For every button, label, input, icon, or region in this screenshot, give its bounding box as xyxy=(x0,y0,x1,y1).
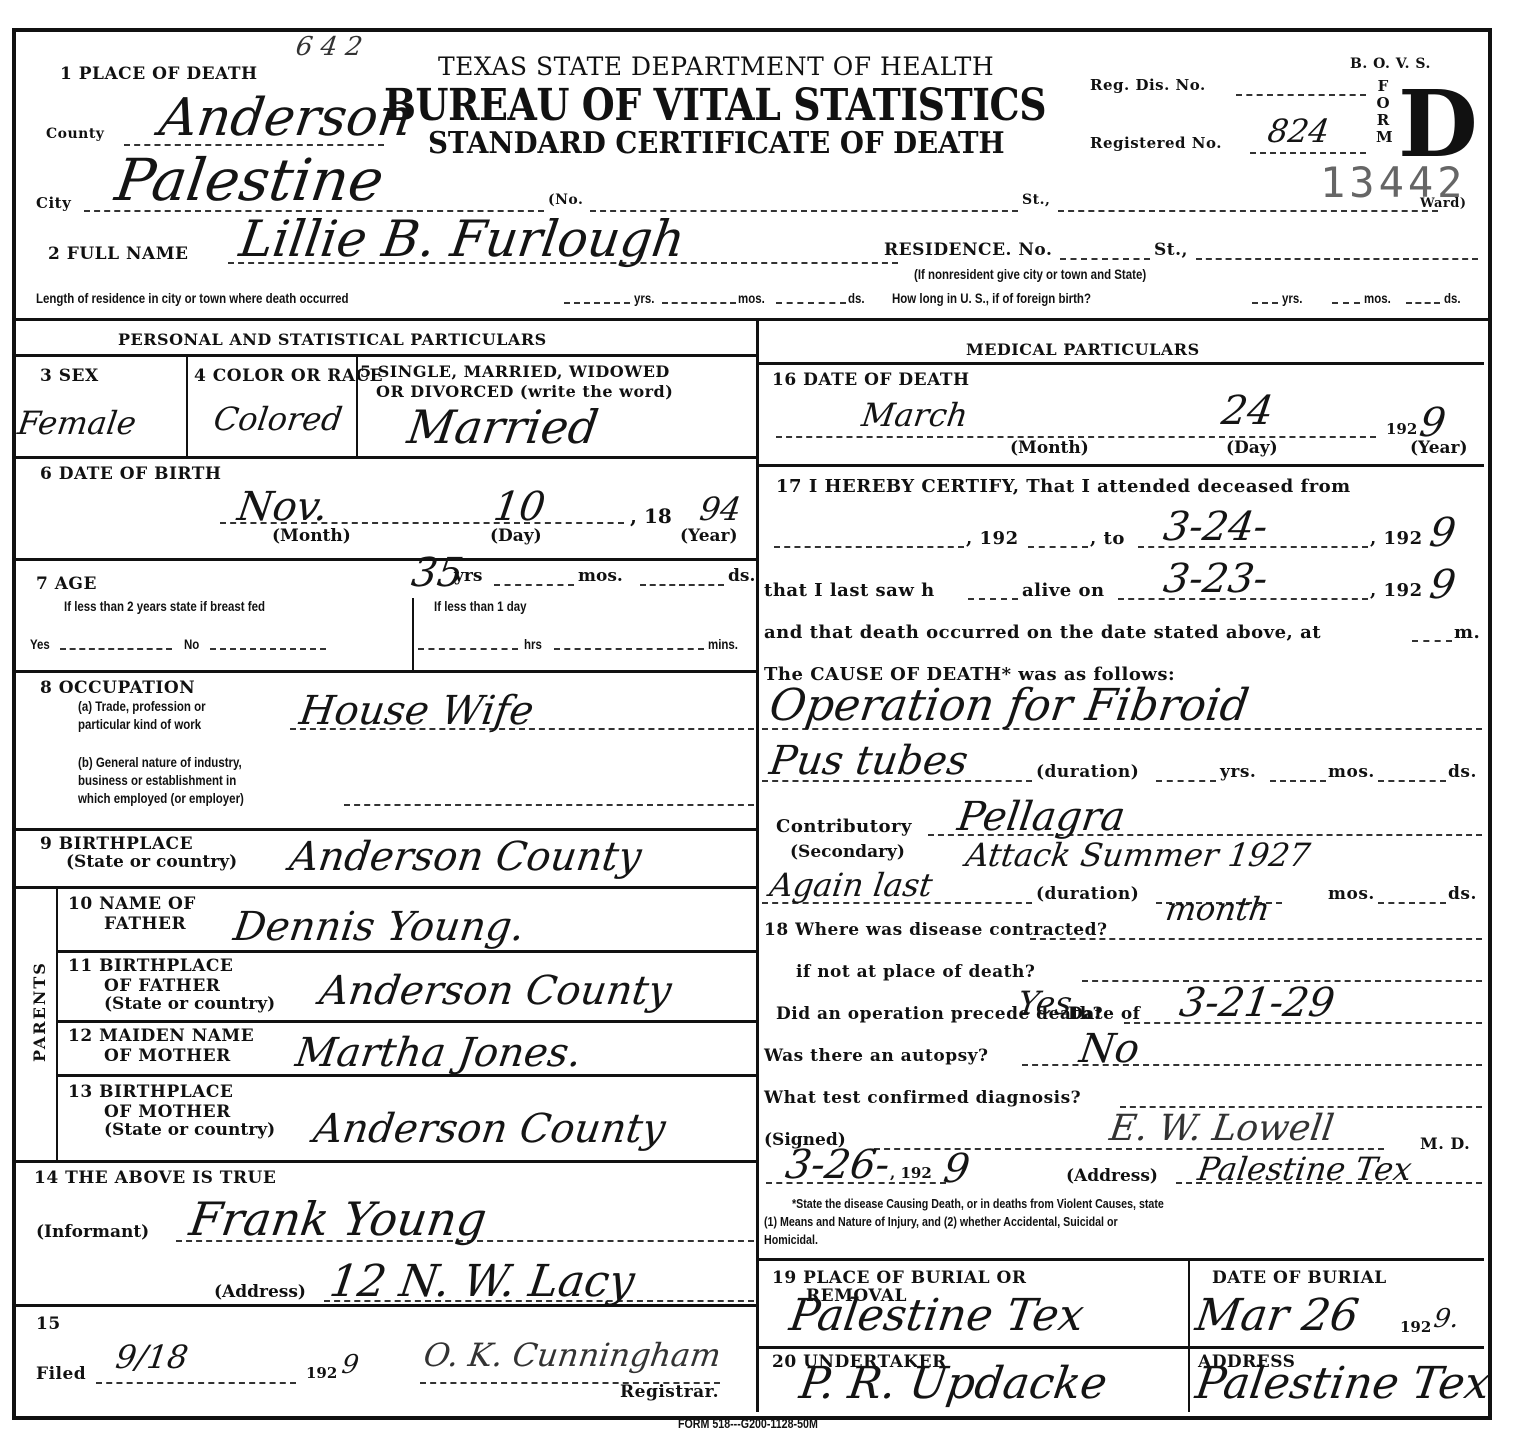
ward-field[interactable] xyxy=(1058,210,1438,212)
mother-birthplace-label-3: (State or country) xyxy=(104,1120,275,1140)
form-code: FORM 518---G200-1128-50M xyxy=(678,1416,818,1431)
month-caption: (Month) xyxy=(272,526,351,546)
sex-label: 3 SEX xyxy=(40,366,99,386)
us-mos-label: mos. xyxy=(1364,290,1391,306)
reg-dis-field[interactable] xyxy=(1236,94,1366,96)
us-ds-label: ds. xyxy=(1444,290,1461,306)
physician-signature: E. W. Lowell xyxy=(1107,1108,1336,1149)
residence-yrs-field[interactable] xyxy=(564,302,630,304)
divider xyxy=(758,362,1484,365)
cause-duration-ds-field[interactable] xyxy=(1378,780,1446,782)
cause-yrs-label: yrs. xyxy=(1220,762,1256,782)
occupation-a-label-2: particular kind of work xyxy=(78,716,201,732)
dob-year-value: 94 xyxy=(697,490,743,528)
registrar-label: Registrar. xyxy=(620,1382,719,1402)
breast-fed-note: If less than 2 years state if breast fed xyxy=(64,598,265,614)
informant-value: Frank Young xyxy=(186,1192,490,1246)
cause-ds-label: ds. xyxy=(1448,762,1477,782)
place-of-death-label: 1 PLACE OF DEATH xyxy=(60,64,258,84)
undertaker-value: P. R. Updacke xyxy=(796,1358,1110,1409)
divider xyxy=(58,950,756,953)
operation-date-value: 3-21-29 xyxy=(1177,980,1338,1026)
divider xyxy=(758,1258,1484,1261)
residence-mos-label: mos. xyxy=(738,290,765,306)
hours-label: hrs xyxy=(524,636,542,652)
date-of-birth-label: 6 DATE OF BIRTH xyxy=(40,464,221,484)
informant-address-value: 12 N. W. Lacy xyxy=(326,1256,637,1307)
date-of-death-label: 16 DATE OF DEATH xyxy=(772,370,970,390)
father-birthplace-label-3: (State or country) xyxy=(104,994,275,1014)
md-label: M. D. xyxy=(1420,1134,1470,1153)
operation-date-label: Date of xyxy=(1068,1004,1141,1024)
bureau-title: BUREAU OF VITAL STATISTICS xyxy=(384,80,1046,131)
divider xyxy=(16,886,756,889)
marital-status-label-2: OR DIVORCED (write the word) xyxy=(376,382,673,401)
us-yrs-label: yrs. xyxy=(1282,290,1302,306)
county-label: County xyxy=(46,126,104,142)
dob-year-prefix: 18 xyxy=(644,504,672,528)
industry-field[interactable] xyxy=(344,804,754,806)
divider xyxy=(1188,1260,1190,1412)
breast-fed-no-field[interactable] xyxy=(210,648,326,650)
department-title: TEXAS STATE DEPARTMENT OF HEALTH xyxy=(438,52,994,81)
age-ds-label: ds. xyxy=(728,566,755,586)
personal-section-title: PERSONAL AND STATISTICAL PARTICULARS xyxy=(118,330,547,349)
certificate-title: STANDARD CERTIFICATE OF DEATH xyxy=(428,126,1005,161)
age-mos-label: mos. xyxy=(578,566,623,586)
medical-section-title: MEDICAL PARTICULARS xyxy=(966,340,1200,359)
secondary-mos-label: mos. xyxy=(1328,884,1375,904)
occupation-b-label-1: (b) General nature of industry, xyxy=(78,754,242,770)
above-true-label: 14 THE ABOVE IS TRUE xyxy=(34,1168,276,1188)
residence-label: RESIDENCE. No. xyxy=(884,240,1052,260)
breast-fed-no-label: No xyxy=(184,636,199,652)
residence-ds-label: ds. xyxy=(848,290,865,306)
divider xyxy=(16,1304,756,1307)
birthplace-value: Anderson County xyxy=(287,834,644,880)
cause-line-2-value: Pus tubes xyxy=(767,738,971,784)
where-contracted-field[interactable] xyxy=(1030,938,1482,940)
header-divider xyxy=(16,318,1488,321)
registrar-signature: O. K. Cunningham xyxy=(421,1336,723,1374)
color-race-value: Colored xyxy=(211,400,344,438)
test-question: What test confirmed diagnosis? xyxy=(764,1088,1081,1108)
father-name-value: Dennis Young. xyxy=(231,904,528,950)
minutes-label: mins. xyxy=(708,636,738,652)
dob-month-value: Nov. xyxy=(235,484,331,530)
burial-place-label-1: 19 PLACE OF BURIAL OR xyxy=(772,1268,1026,1288)
age-mos-field[interactable] xyxy=(494,584,574,586)
signed-year-prefix: , 192 xyxy=(890,1164,932,1182)
autopsy-value: No xyxy=(1077,1026,1143,1072)
attended-to-value: 3-24- xyxy=(1161,504,1271,550)
death-month-value: March xyxy=(859,396,970,434)
burial-place-value: Palestine Tex xyxy=(786,1290,1087,1341)
dob-day-value: 10 xyxy=(491,484,548,530)
divider xyxy=(186,356,188,456)
marital-status-label-1: 5 SINGLE, MARRIED, WIDOWED xyxy=(360,362,670,381)
footnote-line-2: (1) Means and Nature of Injury, and (2) … xyxy=(764,1214,1118,1229)
year-caption: (Year) xyxy=(680,526,738,546)
residence-yrs-label: yrs. xyxy=(634,290,654,306)
filed-label: Filed xyxy=(36,1364,86,1384)
color-race-label: 4 COLOR OR RACE xyxy=(194,366,383,386)
divider xyxy=(16,828,756,831)
cause-duration-label: (duration) xyxy=(1036,762,1139,782)
occupation-b-label-2: business or establishment in xyxy=(78,772,236,788)
informant-address-label: (Address) xyxy=(214,1282,306,1302)
father-birthplace-value: Anderson County xyxy=(317,968,674,1014)
where-contracted-label: 18 Where was disease contracted? xyxy=(764,920,1107,940)
how-long-us-label: How long in U. S., if of foreign birth? xyxy=(892,290,1091,306)
death-month-caption: (Month) xyxy=(1010,438,1089,458)
annotation-number: 6 4 2 xyxy=(294,32,364,62)
secondary-value-1: Attack Summer 1927 xyxy=(963,836,1312,874)
column-divider xyxy=(756,320,759,1412)
secondary-duration-value: month xyxy=(1163,890,1272,928)
death-time-field[interactable] xyxy=(1412,640,1452,642)
divider xyxy=(758,464,1484,467)
nonresident-note: (If nonresident give city or town and St… xyxy=(914,266,1146,282)
signed-date-value: 3-26- xyxy=(783,1142,893,1188)
cause-mos-label: mos. xyxy=(1328,762,1375,782)
operation-value: Yes xyxy=(1015,984,1074,1022)
registered-value: 824 xyxy=(1265,112,1331,150)
burial-year-prefix: 192 xyxy=(1400,1318,1431,1336)
residence-st-label: St., xyxy=(1154,240,1188,260)
parents-label: PARENTS xyxy=(30,961,49,1062)
hours-field[interactable] xyxy=(418,648,518,650)
age-yrs-label: yrs xyxy=(454,566,482,586)
occupation-b-label-3: which employed (or employer) xyxy=(78,790,244,806)
signer-address-label: (Address) xyxy=(1066,1166,1158,1186)
contributory-value: Pellagra xyxy=(955,794,1128,840)
residence-st-field[interactable] xyxy=(1196,258,1478,260)
ward-label: Ward) xyxy=(1420,196,1466,211)
birthplace-sub-label: (State or country) xyxy=(66,852,237,872)
attended-from-year-field[interactable] xyxy=(1028,546,1088,548)
reg-dis-label: Reg. Dis. No. xyxy=(1090,76,1206,94)
sex-value: Female xyxy=(15,404,138,442)
form-letter-o: O xyxy=(1376,95,1390,112)
length-of-residence-label: Length of residence in city or town wher… xyxy=(36,290,349,306)
certify-statement: 17 I HEREBY CERTIFY, That I attended dec… xyxy=(776,476,1351,497)
death-day-caption: (Day) xyxy=(1226,438,1278,458)
burial-year-value: 9. xyxy=(1432,1304,1461,1334)
mother-birthplace-value: Anderson County xyxy=(311,1106,668,1152)
informant-label: (Informant) xyxy=(36,1222,149,1242)
cause-line-1-value: Operation for Fibroid xyxy=(766,680,1252,731)
divider xyxy=(58,1074,756,1077)
secondary-duration-ds-field[interactable] xyxy=(1378,902,1446,904)
mother-name-label-2: OF MOTHER xyxy=(104,1046,231,1066)
pronoun-field[interactable] xyxy=(968,598,1018,600)
marital-status-value: Married xyxy=(404,400,601,454)
cause-duration-mos-field[interactable] xyxy=(1270,780,1326,782)
secondary-label: (Secondary) xyxy=(790,842,905,862)
secondary-ds-label: ds. xyxy=(1448,884,1477,904)
form-letter-d: D xyxy=(1398,78,1478,170)
breast-fed-yes-label: Yes xyxy=(30,636,50,652)
signer-address-value: Palestine Tex xyxy=(1195,1150,1414,1188)
full-name-value: Lillie B. Furlough xyxy=(236,210,689,268)
divider xyxy=(16,670,756,673)
footnote-line-3: Homicidal. xyxy=(764,1232,818,1247)
last-saw-label: that I last saw h xyxy=(764,580,935,601)
divider xyxy=(16,558,756,561)
death-time-m-label: m. xyxy=(1454,622,1480,643)
residence-ds-field[interactable] xyxy=(776,302,846,304)
attended-to-year-prefix: , 192 xyxy=(1370,528,1423,549)
county-value: Anderson xyxy=(156,88,416,148)
burial-date-value: Mar 26 xyxy=(1192,1290,1361,1341)
cause-duration-yrs-field[interactable] xyxy=(1156,780,1216,782)
divider xyxy=(412,598,414,670)
burial-date-label: DATE OF BURIAL xyxy=(1212,1268,1387,1288)
secondary-duration-label: (duration) xyxy=(1036,884,1139,904)
mother-name-label-1: 12 MAIDEN NAME xyxy=(68,1026,254,1046)
filed-year-prefix: 192 xyxy=(306,1364,337,1382)
divider xyxy=(16,354,756,357)
death-year-caption: (Year) xyxy=(1410,438,1468,458)
breast-fed-yes-field[interactable] xyxy=(60,648,172,650)
occupation-label: 8 OCCUPATION xyxy=(40,678,195,698)
street-label: St., xyxy=(1022,192,1050,208)
full-name-label: 2 FULL NAME xyxy=(48,244,188,264)
father-name-label-2: FATHER xyxy=(104,914,186,934)
divider xyxy=(56,888,58,1160)
to-label: , to xyxy=(1090,528,1125,549)
death-time-statement: and that death occurred on the date stat… xyxy=(764,622,1321,643)
divider xyxy=(16,1160,756,1163)
divider xyxy=(16,456,756,459)
footnote-line-1: *State the disease Causing Death, or in … xyxy=(792,1196,1164,1211)
us-ds-field[interactable] xyxy=(1406,302,1440,304)
father-name-label-1: 10 NAME OF xyxy=(68,894,196,914)
death-day-value: 24 xyxy=(1219,388,1276,434)
form-vertical-label: F O R M xyxy=(1376,78,1390,146)
form-letter-r: R xyxy=(1376,112,1390,129)
secondary-value-2: Again last xyxy=(767,866,935,904)
age-label: 7 AGE xyxy=(36,574,97,594)
autopsy-question: Was there an autopsy? xyxy=(764,1046,989,1066)
divider xyxy=(356,356,358,456)
street-no-label: (No. xyxy=(548,192,583,208)
minutes-field[interactable] xyxy=(554,648,704,650)
mother-birthplace-label-2: OF MOTHER xyxy=(104,1102,231,1122)
occupation-value: House Wife xyxy=(297,688,537,734)
registered-field[interactable] xyxy=(1250,152,1366,154)
birthplace-label: 9 BIRTHPLACE xyxy=(40,834,193,854)
age-ds-field[interactable] xyxy=(640,584,724,586)
divider xyxy=(758,1346,1484,1349)
last-saw-year-prefix: , 192 xyxy=(1370,580,1423,601)
residence-no-field[interactable] xyxy=(1060,258,1150,260)
day-caption: (Day) xyxy=(490,526,542,546)
form-letter-m: M xyxy=(1376,129,1390,146)
us-mos-field[interactable] xyxy=(1332,302,1360,304)
mother-birthplace-label-1: 13 BIRTHPLACE xyxy=(68,1082,233,1102)
father-birthplace-label-1: 11 BIRTHPLACE xyxy=(68,956,233,976)
residence-mos-field[interactable] xyxy=(662,302,736,304)
father-birthplace-label-2: OF FATHER xyxy=(104,976,220,996)
attended-from-year: , 192 xyxy=(966,528,1019,549)
attended-from-field[interactable] xyxy=(774,546,964,548)
alive-on-label: alive on xyxy=(1022,580,1105,601)
last-saw-date-value: 3-23- xyxy=(1161,556,1271,602)
death-year-prefix: 192 xyxy=(1386,420,1417,438)
divider xyxy=(58,1020,756,1023)
city-value: Palestine xyxy=(111,146,388,214)
filed-date-value: 9/18 xyxy=(113,1338,190,1376)
mother-name-value: Martha Jones. xyxy=(293,1030,585,1076)
registered-label: Registered No. xyxy=(1090,134,1222,152)
filed-number-label: 15 xyxy=(36,1314,61,1334)
city-label: City xyxy=(36,194,71,212)
form-letter-f: F xyxy=(1376,78,1390,95)
if-not-place-label: if not at place of death? xyxy=(796,962,1035,982)
less-than-day-note: If less than 1 day xyxy=(434,598,527,614)
undertaker-address-value: Palestine Tex xyxy=(1192,1358,1493,1409)
occupation-a-label-1: (a) Trade, profession or xyxy=(78,698,206,714)
contributory-label: Contributory xyxy=(776,816,912,837)
filed-date-field[interactable] xyxy=(96,1382,296,1384)
us-yrs-field[interactable] xyxy=(1252,302,1278,304)
